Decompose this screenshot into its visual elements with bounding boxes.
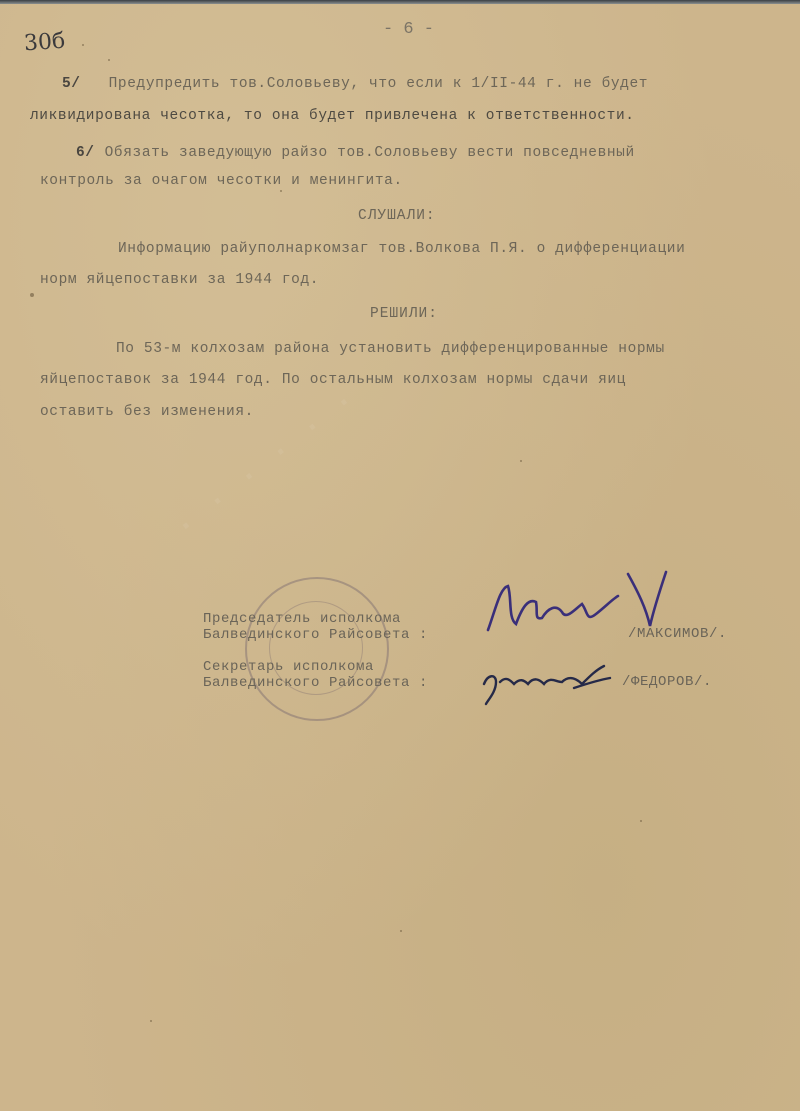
chairman-title-line-2: Балвединского Райсовета : bbox=[203, 627, 428, 643]
paper-speck bbox=[108, 59, 110, 61]
item-5-line-1: 5/Предупредить тов.Соловьеву, что если к… bbox=[62, 76, 648, 92]
official-stamp bbox=[245, 577, 389, 721]
chairman-title-line-1: Председатель исполкома bbox=[203, 611, 428, 627]
item-number: 6/ bbox=[76, 145, 95, 161]
heard-line-2: норм яйцепоставки за 1944 год. bbox=[40, 272, 319, 288]
item-5-line-2: ликвидирована чесотка, то она будет прив… bbox=[30, 108, 635, 124]
item-6-line-2: контроль за очагом чесотки и менингита. bbox=[40, 173, 403, 189]
item-text: Обязать заведующую райзо тов.Соловьеву в… bbox=[105, 145, 635, 161]
secretary-name: /ФЕДОРОВ/. bbox=[622, 674, 712, 690]
secretary-title-line-1: Секретарь исполкома bbox=[203, 659, 428, 675]
item-text: Предупредить тов.Соловьеву, что если к 1… bbox=[109, 76, 648, 92]
decided-line-2: яйцепоставок за 1944 год. По остальным к… bbox=[40, 372, 626, 388]
paper-speck bbox=[640, 820, 642, 822]
chairman-name: /МАКСИМОВ/. bbox=[628, 626, 727, 642]
paper-speck bbox=[150, 1020, 152, 1022]
secretary-title-line-2: Балвединского Райсовета : bbox=[203, 675, 428, 691]
decided-heading: РЕШИЛИ: bbox=[370, 306, 438, 322]
scan-edge bbox=[0, 0, 800, 4]
heard-heading: СЛУШАЛИ: bbox=[358, 208, 436, 224]
decided-line-1: По 53-м колхозам района установить диффе… bbox=[116, 341, 665, 357]
heard-line-1: Информацию райуполнаркомзаг тов.Волкова … bbox=[118, 241, 685, 257]
paper-speck bbox=[30, 293, 34, 297]
archive-number: 30б bbox=[23, 29, 66, 57]
paper-speck bbox=[82, 44, 84, 46]
decided-line-3: оставить без изменения. bbox=[40, 404, 254, 420]
paper-speck bbox=[520, 460, 522, 462]
chairman-title: Председатель исполкома Балвединского Рай… bbox=[203, 611, 428, 643]
secretary-title: Секретарь исполкома Балвединского Райсов… bbox=[203, 659, 428, 691]
item-number: 5/ bbox=[62, 76, 81, 92]
item-6-line-1: 6/Обязать заведующую райзо тов.Соловьеву… bbox=[76, 145, 635, 161]
paper-speck bbox=[400, 930, 402, 932]
document-page: · · · · · · · 30б - 6 - 5/Предупредить т… bbox=[0, 0, 800, 1111]
paper-speck bbox=[280, 190, 282, 192]
secretary-signature bbox=[478, 660, 628, 710]
page-number: - 6 - bbox=[383, 20, 434, 39]
